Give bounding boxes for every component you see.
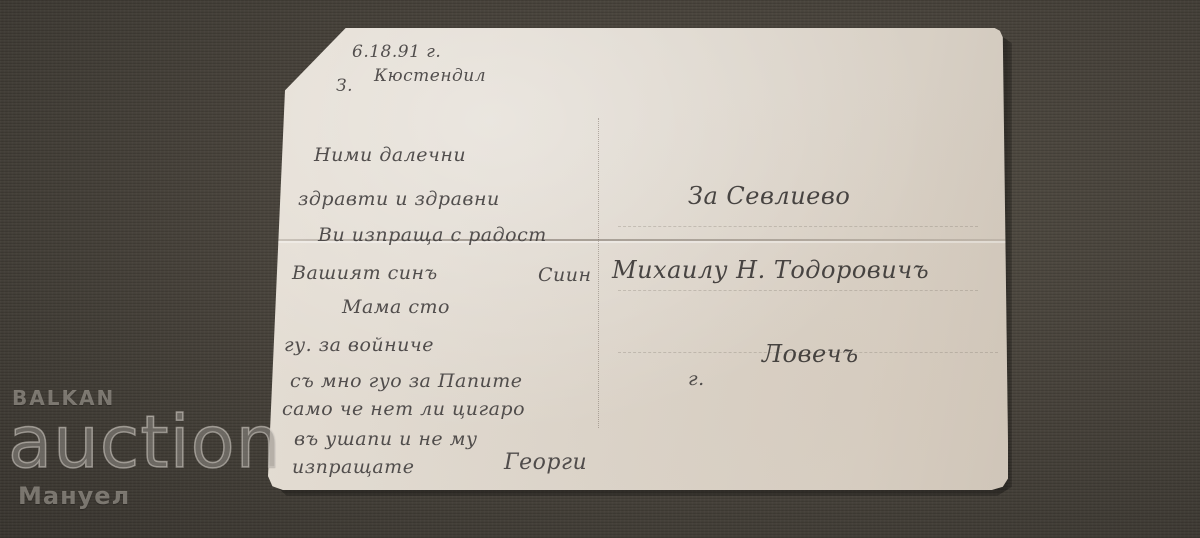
message-line: здравти и здравни bbox=[298, 188, 500, 210]
signature: Георги bbox=[504, 450, 587, 475]
city-prefix: г. bbox=[688, 368, 705, 390]
date-line: 6.18.91 г. bbox=[352, 42, 441, 62]
address-rule bbox=[618, 226, 978, 227]
card-divider bbox=[598, 118, 599, 428]
address-label: Сиин bbox=[538, 264, 592, 286]
message-line: Вашият синъ bbox=[292, 262, 438, 284]
message-line: Ви изпраща с радост bbox=[318, 224, 547, 246]
photo-scene: 6.18.91 г. З. Кюстендил Ними далечни здр… bbox=[0, 0, 1200, 538]
watermark-bottom: Мануел bbox=[18, 482, 130, 510]
postcard: 6.18.91 г. З. Кюстендил Ними далечни здр… bbox=[268, 28, 1008, 490]
watermark-top: BALKAN bbox=[12, 386, 115, 410]
address-line-2: Михаилу Н. Тодоровичъ bbox=[612, 256, 929, 284]
address-city: Ловечъ bbox=[762, 340, 859, 368]
message-line: въ ушапи и не му bbox=[294, 428, 477, 450]
watermark-main: auction bbox=[8, 400, 282, 484]
message-line: изпращате bbox=[292, 456, 414, 478]
message-line: гу. за войниче bbox=[284, 334, 434, 356]
message-line: съ мно гуо за Папите bbox=[290, 370, 523, 392]
address-rule bbox=[618, 290, 978, 291]
message-line: само че нет ли цигаро bbox=[282, 398, 525, 420]
message-line: Мама сто bbox=[342, 296, 450, 318]
address-line-1: За Севлиево bbox=[688, 182, 850, 210]
header-prefix: З. bbox=[336, 76, 353, 96]
message-line: Ними далечни bbox=[314, 144, 466, 166]
place-line: Кюстендил bbox=[374, 66, 486, 86]
